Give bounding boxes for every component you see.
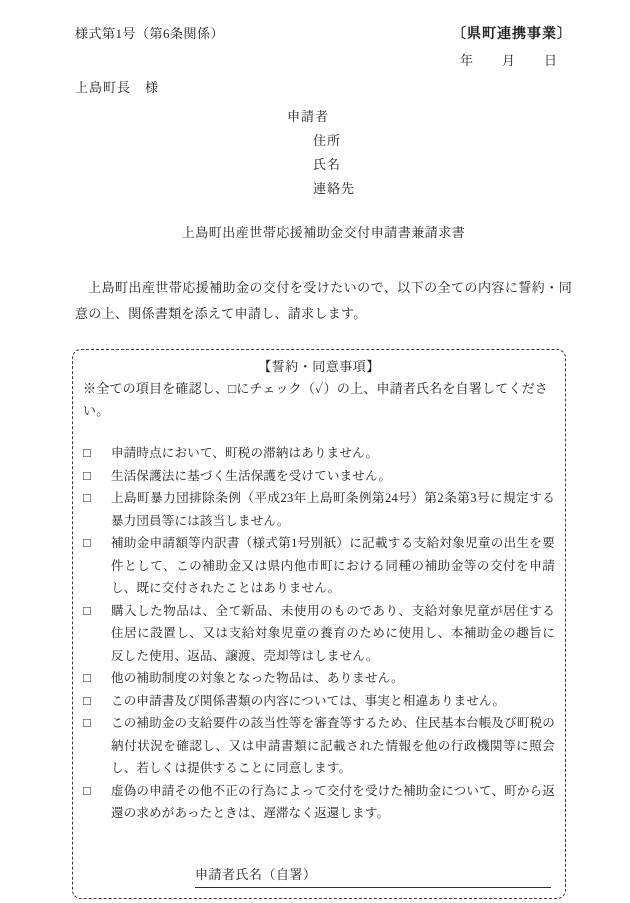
checkbox-icon[interactable]: □ — [83, 487, 111, 532]
pledge-item: □ 購入した物品は、全て新品、未使用のものであり、支給対象児童が居住する住居に設… — [83, 600, 555, 668]
checkbox-icon[interactable]: □ — [83, 442, 111, 465]
pledge-item-text: 上島町暴力団排除条例（平成23年上島町条例第24号）第2条第3号に規定する暴力団… — [111, 487, 555, 532]
pledge-item: □ 他の補助制度の対象となった物品は、ありません。 — [83, 667, 555, 690]
applicant-label: 申請者 — [287, 105, 572, 129]
pledge-item-text: この申請書及び関係書類の内容については、事実と相違ありません。 — [111, 690, 555, 713]
pledge-item: □ 上島町暴力団排除条例（平成23年上島町条例第24号）第2条第3号に規定する暴… — [83, 487, 555, 532]
checkbox-icon[interactable]: □ — [83, 465, 111, 488]
applicant-block: 申請者 住所 氏名 連絡先 — [75, 105, 572, 201]
pledge-item-text: 生活保護法に基づく生活保護を受けていません。 — [111, 465, 555, 488]
intro-paragraph: 上島町出産世帯応援補助金の交付を受けたいので、以下の全ての内容に誓約・同意の上、… — [75, 275, 572, 327]
pledge-item-text: 申請時点において、町税の滞納はありません。 — [111, 442, 555, 465]
applicant-field-address: 住所 — [313, 129, 572, 153]
pledge-item: □ 補助金申請額等内訳書（様式第1号別紙）に記載する支給対象児童の出生を要件とし… — [83, 532, 555, 600]
page-title: 上島町出産世帯応援補助金交付申請書兼請求書 — [75, 223, 572, 243]
pledge-item-text: この補助金の支給要件の該当性等を審査等するため、住民基本台帳及び町税の納付状況を… — [111, 712, 555, 780]
pledge-instruction: ※全ての項目を確認し、□にチェック（✓）の上、申請者氏名を自署してください。 — [83, 378, 555, 422]
pledge-item-text: 虚偽の申請その他不正の行為によって交付を受けた補助金について、町から返還の求めが… — [111, 780, 555, 825]
pledge-item: □ この申請書及び関係書類の内容については、事実と相違ありません。 — [83, 690, 555, 713]
signature-row: 申請者氏名（自署） — [195, 865, 551, 888]
checkbox-icon[interactable]: □ — [83, 532, 111, 600]
application-form-page: 様式第1号（第6条関係） 〔県町連携事業〕 年 月 日 上島町長 様 申請者 住… — [0, 0, 630, 903]
pledge-checklist: □ 申請時点において、町税の滞納はありません。 □ 生活保護法に基づく生活保護を… — [83, 442, 555, 825]
signature-label: 申請者氏名（自署） — [195, 865, 317, 885]
checkbox-icon[interactable]: □ — [83, 690, 111, 713]
checkbox-icon[interactable]: □ — [83, 667, 111, 690]
checkbox-icon[interactable]: □ — [83, 712, 111, 780]
applicant-field-name: 氏名 — [313, 153, 572, 177]
pledge-item: □ 申請時点において、町税の滞納はありません。 — [83, 442, 555, 465]
form-number: 様式第1号（第6条関係） — [75, 25, 224, 43]
pledge-item-text: 購入した物品は、全て新品、未使用のものであり、支給対象児童が居住する住居に設置し… — [111, 600, 555, 668]
signature-line[interactable] — [317, 884, 551, 885]
checkbox-icon[interactable]: □ — [83, 780, 111, 825]
pledge-box: 【誓約・同意事項】 ※全ての項目を確認し、□にチェック（✓）の上、申請者氏名を自… — [72, 349, 566, 899]
form-header: 様式第1号（第6条関係） 〔県町連携事業〕 — [75, 24, 572, 43]
applicant-field-contact: 連絡先 — [313, 177, 572, 201]
pledge-item: □ この補助金の支給要件の該当性等を審査等するため、住民基本台帳及び町税の納付状… — [83, 712, 555, 780]
project-tag: 〔県町連携事業〕 — [452, 24, 572, 42]
pledge-heading: 【誓約・同意事項】 — [83, 356, 555, 378]
checkbox-icon[interactable]: □ — [83, 600, 111, 668]
addressee: 上島町長 様 — [75, 79, 572, 97]
pledge-item-text: 他の補助制度の対象となった物品は、ありません。 — [111, 667, 555, 690]
pledge-item-text: 補助金申請額等内訳書（様式第1号別紙）に記載する支給対象児童の出生を要件として、… — [111, 532, 555, 600]
pledge-item: □ 虚偽の申請その他不正の行為によって交付を受けた補助金について、町から返還の求… — [83, 780, 555, 825]
date-line: 年 月 日 — [75, 52, 572, 70]
pledge-item: □ 生活保護法に基づく生活保護を受けていません。 — [83, 465, 555, 488]
